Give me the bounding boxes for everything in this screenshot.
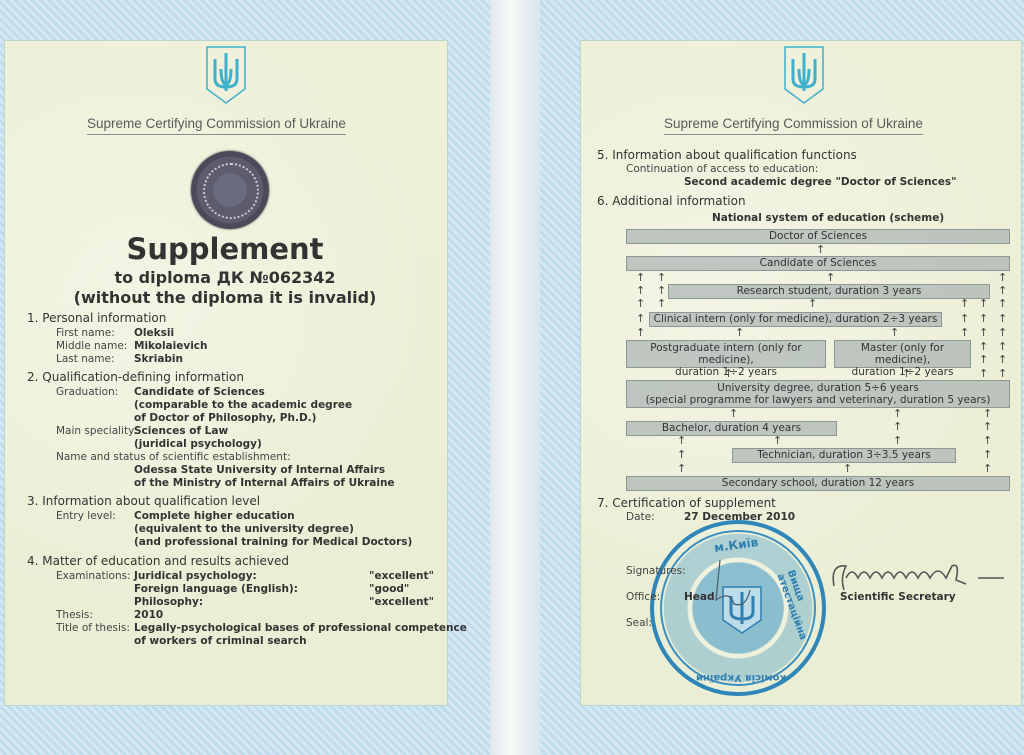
stamp-text: комісія України [696, 672, 786, 683]
trident-emblem-icon [783, 45, 825, 105]
section-heading: 7. Certification of supplement [597, 497, 776, 511]
thesis-value: 2010 [134, 609, 163, 621]
last-name-label: Last name: [56, 353, 115, 365]
arrow-up-icon: ↑ [998, 328, 1007, 338]
arrow-up-icon: ↑ [893, 409, 902, 419]
scheme-box-university: University degree, duration 5÷6 years(sp… [626, 380, 1010, 408]
arrow-up-icon: ↑ [902, 369, 911, 379]
date-label: Date: [626, 511, 655, 523]
speciality-value: (juridical psychology) [134, 438, 262, 450]
arrow-up-icon: ↑ [979, 355, 988, 365]
arrow-up-icon: ↑ [657, 299, 666, 309]
commission-name: Supreme Certifying Commission of Ukraine [87, 116, 346, 135]
section-heading: 1. Personal information [27, 312, 166, 326]
section-heading: 2. Qualification-defining information [27, 371, 244, 385]
arrow-up-icon: ↑ [636, 299, 645, 309]
arrow-up-icon: ↑ [735, 328, 744, 338]
entry-level-value: (equivalent to the university degree) [134, 523, 354, 535]
arrow-up-icon: ↑ [998, 299, 1007, 309]
scheme-box-postgraduate: Postgraduate intern (only for medicine),… [626, 340, 826, 368]
arrow-up-icon: ↑ [998, 369, 1007, 379]
scheme-box-technician: Technician, duration 3÷3.5 years [732, 448, 956, 463]
arrow-up-icon: ↑ [983, 422, 992, 432]
arrow-up-icon: ↑ [998, 355, 1007, 365]
section-heading: 3. Information about qualification level [27, 495, 260, 509]
exam-subject: Foreign language (English): [134, 583, 298, 595]
scheme-box-candidate: Candidate of Sciences [626, 256, 1010, 271]
last-name-value: Skriabin [134, 353, 183, 365]
head-signature-icon [690, 560, 760, 610]
arrow-up-icon: ↑ [960, 299, 969, 309]
arrow-up-icon: ↑ [636, 314, 645, 324]
seal-label: Seal: [626, 617, 652, 629]
stamp-text: м.Київ [713, 535, 759, 555]
continuation-label: Continuation of access to education: [626, 163, 818, 175]
arrow-up-icon: ↑ [636, 328, 645, 338]
page-fold [490, 0, 540, 755]
scheme-box-secondary: Secondary school, duration 12 years [626, 476, 1010, 491]
speciality-label: Main speciality: [56, 425, 137, 437]
scheme-box-research: Research student, duration 3 years [668, 284, 990, 299]
document-note: (without the diploma it is invalid) [0, 288, 450, 307]
box-line: (special programme for lawyers and veter… [627, 394, 1009, 406]
arrow-up-icon: ↑ [979, 314, 988, 324]
arrow-up-icon: ↑ [998, 342, 1007, 352]
box-line: Postgraduate intern (only for medicine), [627, 342, 825, 366]
document-title: Supplement [0, 232, 450, 266]
arrow-up-icon: ↑ [960, 328, 969, 338]
establishment-label: Name and status of scientific establishm… [56, 451, 291, 463]
arrow-up-icon: ↑ [983, 464, 992, 474]
entry-level-label: Entry level: [56, 510, 116, 522]
exam-subject: Philosophy: [134, 596, 203, 608]
arrow-up-icon: ↑ [657, 273, 666, 283]
arrow-up-icon: ↑ [979, 369, 988, 379]
arrow-up-icon: ↑ [636, 286, 645, 296]
section-heading: 5. Information about qualification funct… [597, 149, 857, 163]
trident-emblem-icon [205, 45, 247, 105]
arrow-up-icon: ↑ [983, 436, 992, 446]
arrow-up-icon: ↑ [677, 450, 686, 460]
entry-level-value: Complete higher education [134, 510, 295, 522]
signatures-label: Signatures: [626, 565, 686, 577]
box-line: Master (only for medicine), [835, 342, 970, 366]
arrow-up-icon: ↑ [998, 273, 1007, 283]
first-name-label: First name: [56, 327, 115, 339]
office-label: Office: [626, 591, 660, 603]
arrow-up-icon: ↑ [979, 328, 988, 338]
exam-grade: "good" [369, 583, 409, 595]
arrow-up-icon: ↑ [979, 342, 988, 352]
arrow-up-icon: ↑ [808, 299, 817, 309]
arrow-up-icon: ↑ [826, 273, 835, 283]
arrow-up-icon: ↑ [843, 464, 852, 474]
scheme-box-master: Master (only for medicine),duration 1÷2 … [834, 340, 971, 368]
arrow-up-icon: ↑ [724, 369, 733, 379]
scheme-box-clinical: Clinical intern (only for medicine), dur… [649, 312, 942, 327]
arrow-up-icon: ↑ [816, 245, 825, 255]
graduation-value: Candidate of Sciences [134, 386, 265, 398]
exam-subject: Juridical psychology: [134, 570, 257, 582]
examinations-label: Examinations: [56, 570, 131, 582]
section-heading: 6. Additional information [597, 195, 746, 209]
thesis-title-label: Title of thesis: [56, 622, 130, 634]
thesis-label: Thesis: [56, 609, 93, 621]
arrow-up-icon: ↑ [998, 314, 1007, 324]
arrow-up-icon: ↑ [893, 436, 902, 446]
scheme-title: National system of education (scheme) [712, 212, 944, 224]
entry-level-value: (and professional training for Medical D… [134, 536, 412, 548]
graduation-label: Graduation: [56, 386, 118, 398]
scheme-box-doctor: Doctor of Sciences [626, 229, 1010, 244]
arrow-up-icon: ↑ [983, 450, 992, 460]
thesis-title-value: Legally-psychological bases of professio… [134, 622, 467, 634]
arrow-up-icon: ↑ [983, 409, 992, 419]
establishment-value: of the Ministry of Internal Affairs of U… [134, 477, 395, 489]
exam-grade: "excellent" [369, 570, 434, 582]
section-heading: 4. Matter of education and results achie… [27, 555, 289, 569]
document-subtitle: to diploma ДК №062342 [0, 268, 450, 287]
stamp-text: Вища атестаційна [774, 569, 818, 642]
middle-name-label: Middle name: [56, 340, 127, 352]
arrow-up-icon: ↑ [729, 409, 738, 419]
signature-icon [828, 556, 1008, 598]
arrow-up-icon: ↑ [657, 286, 666, 296]
arrow-up-icon: ↑ [960, 314, 969, 324]
exam-grade: "excellent" [369, 596, 434, 608]
graduation-value: (comparable to the academic degree [134, 399, 352, 411]
continuation-value: Second academic degree "Doctor of Scienc… [684, 176, 957, 188]
arrow-up-icon: ↑ [677, 436, 686, 446]
first-name-value: Oleksii [134, 327, 174, 339]
arrow-up-icon: ↑ [998, 286, 1007, 296]
arrow-up-icon: ↑ [890, 328, 899, 338]
arrow-up-icon: ↑ [773, 436, 782, 446]
thesis-title-value: of workers of criminal search [134, 635, 307, 647]
commission-name: Supreme Certifying Commission of Ukraine [664, 116, 923, 135]
speciality-value: Sciences of Law [134, 425, 228, 437]
box-line: University degree, duration 5÷6 years [627, 382, 1009, 394]
arrow-up-icon: ↑ [979, 299, 988, 309]
middle-name-value: Mikolaievich [134, 340, 208, 352]
establishment-value: Odessa State University of Internal Affa… [134, 464, 385, 476]
arrow-up-icon: ↑ [677, 464, 686, 474]
graduation-value: of Doctor of Philosophy, Ph.D.) [134, 412, 316, 424]
scheme-box-bachelor: Bachelor, duration 4 years [626, 421, 837, 436]
hologram-seal-icon [191, 151, 269, 229]
arrow-up-icon: ↑ [893, 422, 902, 432]
arrow-up-icon: ↑ [636, 273, 645, 283]
